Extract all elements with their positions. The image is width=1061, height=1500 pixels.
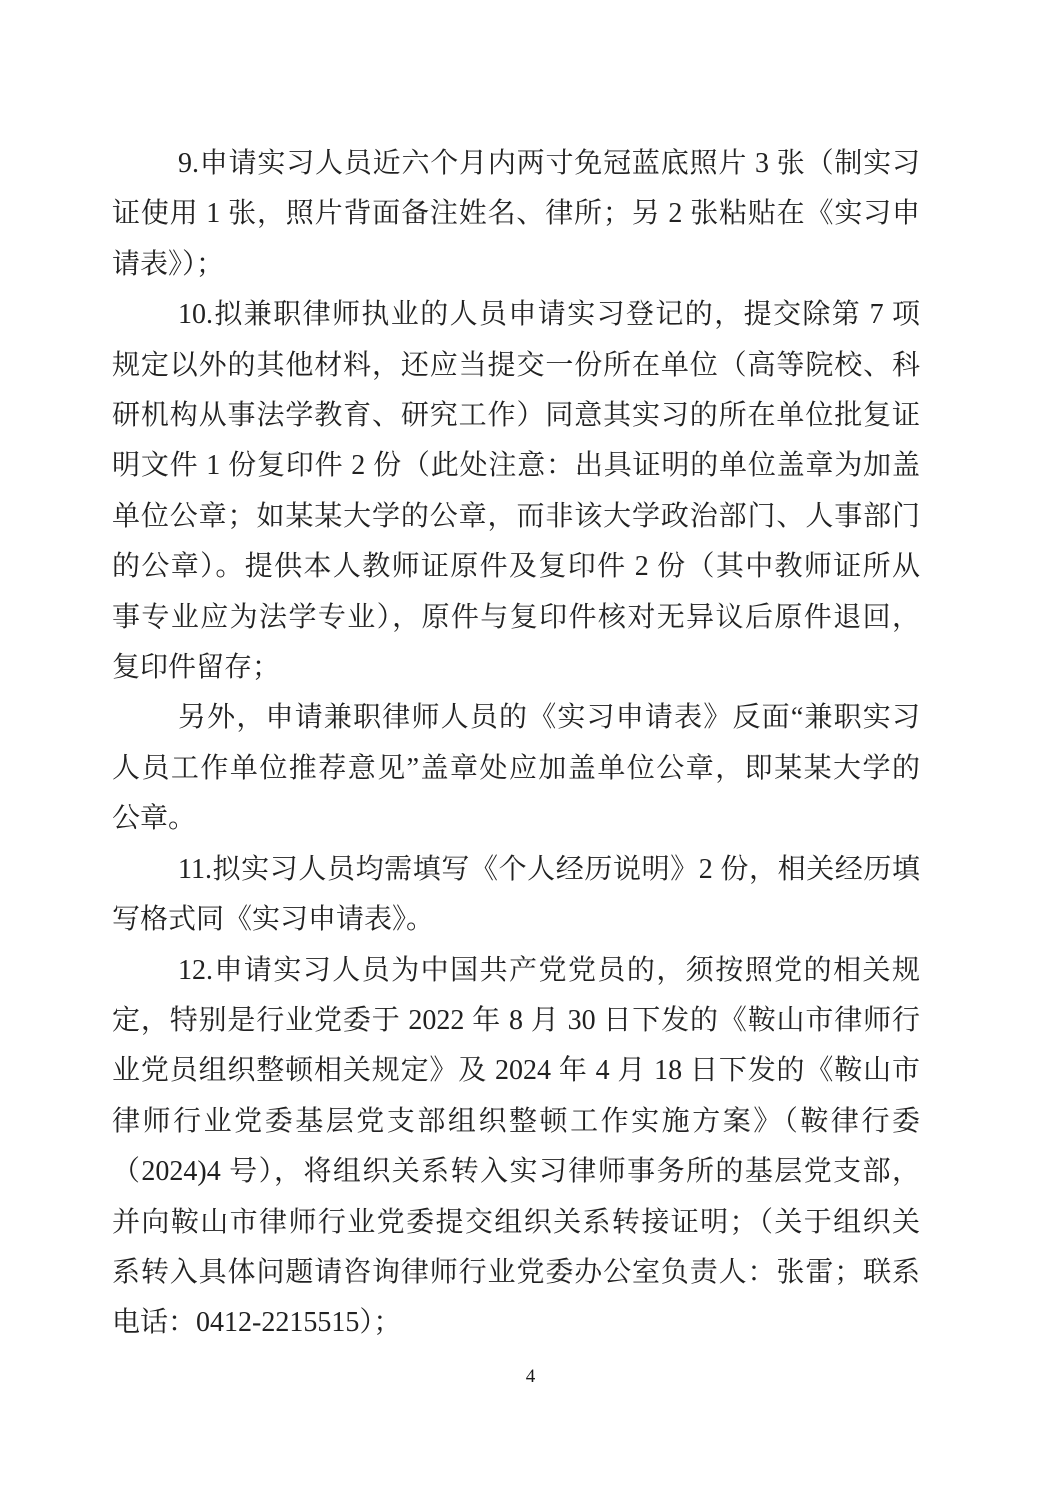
document-body: 9.申请实习人员近六个月内两寸免冠蓝底照片 3 张（制实习 证使用 1 张，照片…	[112, 139, 920, 1349]
text-line: 业党员组织整顿相关规定》及 2024 年 4 月 18 日下发的《鞍山市	[112, 1046, 920, 1096]
text-line: 10.拟兼职律师执业的人员申请实习登记的，提交除第 7 项	[112, 290, 920, 340]
paragraph-item-9: 9.申请实习人员近六个月内两寸免冠蓝底照片 3 张（制实习 证使用 1 张，照片…	[112, 139, 920, 290]
page-number: 4	[526, 1366, 536, 1387]
text-line: 的公章）。提供本人教师证原件及复印件 2 份（其中教师证所从	[112, 542, 920, 592]
text-line: 系转入具体问题请咨询律师行业党委办公室负责人：张雷；联系	[112, 1248, 920, 1298]
text-line: 证使用 1 张，照片背面备注姓名、律所；另 2 张粘贴在《实习申	[112, 189, 920, 239]
text-line: 定，特别是行业党委于 2022 年 8 月 30 日下发的《鞍山市律师行	[112, 996, 920, 1046]
paragraph-note-seal: 另外，申请兼职律师人员的《实习申请表》反面“兼职实习 人员工作单位推荐意见”盖章…	[112, 693, 920, 844]
text-line: 单位公章；如某某大学的公章，而非该大学政治部门、人事部门	[112, 492, 920, 542]
paragraph-item-10: 10.拟兼职律师执业的人员申请实习登记的，提交除第 7 项 规定以外的其他材料，…	[112, 290, 920, 693]
text-line: （2024)4 号），将组织关系转入实习律师事务所的基层党支部，	[112, 1147, 920, 1197]
text-line: 明文件 1 份复印件 2 份（此处注意：出具证明的单位盖章为加盖	[112, 441, 920, 491]
page-footer: 4	[0, 1366, 1061, 1388]
text-line: 请表》）；	[112, 240, 920, 290]
document-page: 9.申请实习人员近六个月内两寸免冠蓝底照片 3 张（制实习 证使用 1 张，照片…	[0, 0, 1061, 1500]
text-line: 另外，申请兼职律师人员的《实习申请表》反面“兼职实习	[112, 693, 920, 743]
paragraph-item-11: 11.拟实习人员均需填写《个人经历说明》2 份，相关经历填 写格式同《实习申请表…	[112, 845, 920, 946]
text-line: 写格式同《实习申请表》。	[112, 895, 920, 945]
text-line: 事专业应为法学专业），原件与复印件核对无异议后原件退回，	[112, 593, 920, 643]
text-line: 电话：0412-2215515）；	[112, 1298, 920, 1348]
text-line: 规定以外的其他材料，还应当提交一份所在单位（高等院校、科	[112, 341, 920, 391]
text-line: 研机构从事法学教育、研究工作）同意其实习的所在单位批复证	[112, 391, 920, 441]
text-line: 12.申请实习人员为中国共产党党员的，须按照党的相关规	[112, 946, 920, 996]
paragraph-item-12: 12.申请实习人员为中国共产党党员的，须按照党的相关规 定，特别是行业党委于 2…	[112, 946, 920, 1349]
text-line: 11.拟实习人员均需填写《个人经历说明》2 份，相关经历填	[112, 845, 920, 895]
text-line: 公章。	[112, 794, 920, 844]
text-line: 并向鞍山市律师行业党委提交组织关系转接证明；（关于组织关	[112, 1198, 920, 1248]
text-line: 律师行业党委基层党支部组织整顿工作实施方案》（鞍律行委	[112, 1097, 920, 1147]
text-line: 复印件留存；	[112, 643, 920, 693]
text-line: 9.申请实习人员近六个月内两寸免冠蓝底照片 3 张（制实习	[112, 139, 920, 189]
text-line: 人员工作单位推荐意见”盖章处应加盖单位公章，即某某大学的	[112, 744, 920, 794]
